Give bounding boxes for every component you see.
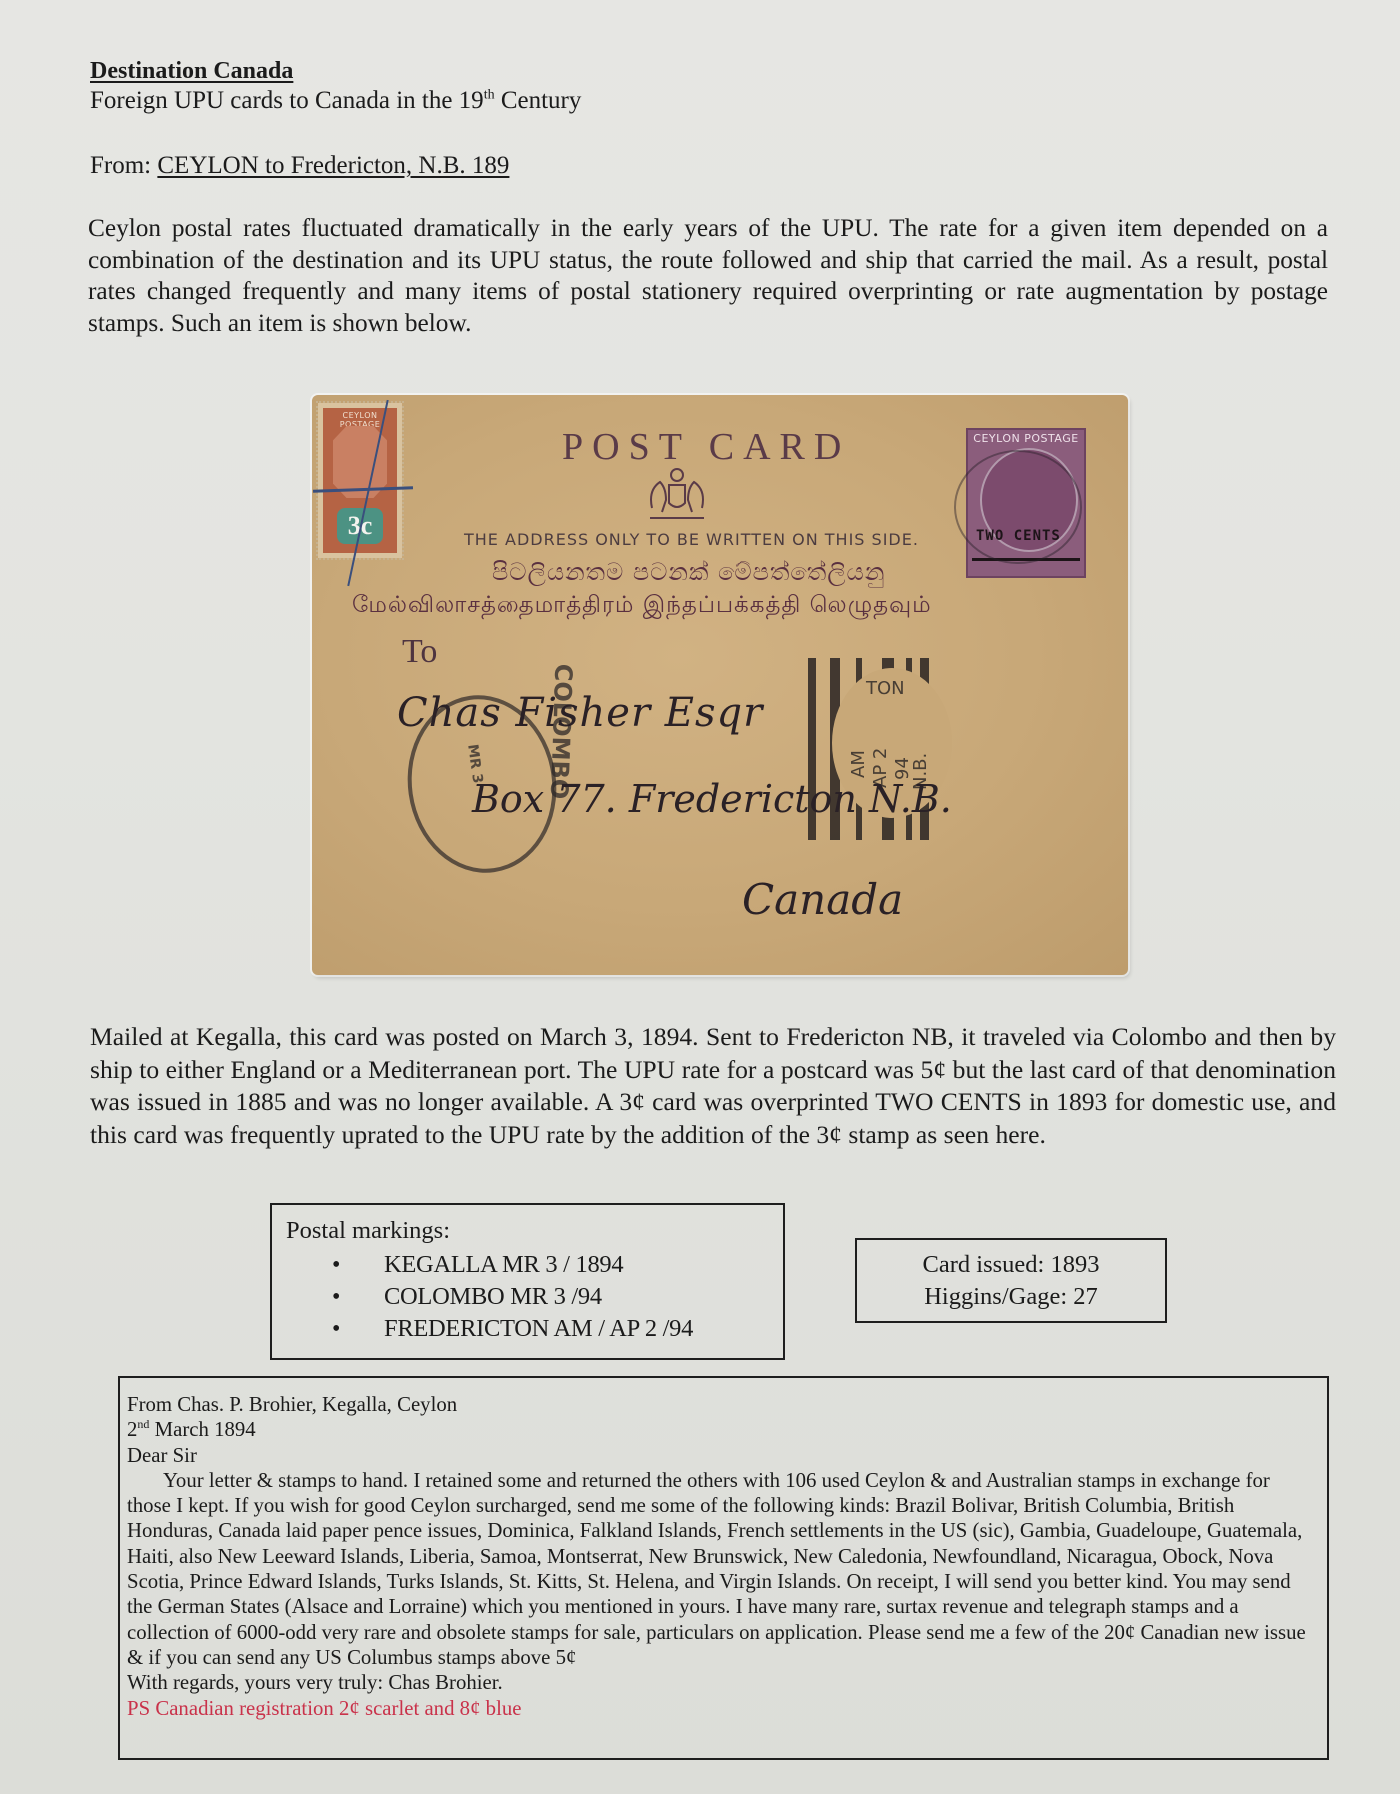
- list-item: FREDERICTON AM / AP 2 /94: [384, 1313, 769, 1345]
- sinhala-notice: පිටලියනතම පටනක් මේපත්තේලියනු: [492, 558, 885, 586]
- date-suffix: nd: [137, 1417, 149, 1431]
- kegalla-cancel-mark: [954, 450, 1082, 564]
- letter-closing: With regards, yours very truly: Chas Bro…: [127, 1670, 1313, 1695]
- tamil-notice: மேல்விலாசத்தைமாத்திரம் இந்தப்பக்கத்தி லெ…: [352, 592, 932, 621]
- page-title: Destination Canada: [90, 58, 293, 85]
- cancel-town: TON: [866, 678, 905, 699]
- catalog-number: Higgins/Gage: 27: [857, 1281, 1165, 1313]
- card-info-box: Card issued: 1893 Higgins/Gage: 27: [855, 1238, 1167, 1323]
- intro-paragraph: Ceylon postal rates fluctuated dramatica…: [88, 213, 1328, 339]
- handwritten-country: Canada: [742, 875, 903, 924]
- origin-line: From: CEYLON to Fredericton, N.B. 189: [90, 152, 509, 180]
- letter-sender: From Chas. P. Brohier, Kegalla, Ceylon: [127, 1392, 1313, 1417]
- address-notice: THE ADDRESS ONLY TO BE WRITTEN ON THIS S…: [464, 530, 919, 549]
- letter-date: 2nd March 1894: [127, 1417, 1313, 1442]
- postcard-image: CEYLON POSTAGE 3c POST CARD THE ADDRESS …: [312, 395, 1128, 975]
- card-issued: Card issued: 1893: [857, 1249, 1165, 1281]
- to-label: To: [402, 633, 437, 671]
- postal-markings-box: Postal markings: KEGALLA MR 3 / 1894 COL…: [270, 1203, 785, 1360]
- handwritten-addressee: Chas Fisher Esqr: [397, 690, 763, 736]
- list-item: KEGALLA MR 3 / 1894: [384, 1249, 769, 1281]
- postal-markings-list: KEGALLA MR 3 / 1894 COLOMBO MR 3 /94 FRE…: [286, 1249, 769, 1345]
- letter-transcription-box: From Chas. P. Brohier, Kegalla, Ceylon 2…: [118, 1376, 1329, 1760]
- letter-postscript: PS Canadian registration 2¢ scarlet and …: [127, 1696, 1313, 1721]
- handwritten-address: Box 77. Fredericton N.B.: [472, 777, 952, 821]
- adhesive-stamp-3c: CEYLON POSTAGE 3c: [318, 403, 402, 558]
- cancel-time: AM: [848, 750, 869, 778]
- subtitle-text: Foreign UPU cards to Canada in the 19: [90, 87, 484, 114]
- printed-indicium-stamp: CEYLON POSTAGE TWO CENTS: [966, 428, 1086, 578]
- description-paragraph: Mailed at Kegalla, this card was posted …: [90, 1021, 1336, 1151]
- origin-value: CEYLON to Fredericton, N.B. 189: [157, 152, 509, 179]
- origin-label: From:: [90, 152, 157, 179]
- date-day: 2: [127, 1418, 137, 1441]
- page-subtitle: Foreign UPU cards to Canada in the 19th …: [90, 87, 581, 115]
- date-rest: March 1894: [149, 1418, 255, 1441]
- indicium-legend: CEYLON POSTAGE: [968, 432, 1084, 445]
- subtitle-text-end: Century: [495, 87, 582, 114]
- letter-body: Your letter & stamps to hand. I retained…: [127, 1468, 1313, 1670]
- postal-markings-heading: Postal markings:: [286, 1215, 769, 1247]
- royal-coat-of-arms-icon: [642, 463, 712, 525]
- subtitle-superscript: th: [484, 88, 495, 103]
- list-item: COLOMBO MR 3 /94: [384, 1281, 769, 1313]
- letter-salutation: Dear Sir: [127, 1443, 1313, 1468]
